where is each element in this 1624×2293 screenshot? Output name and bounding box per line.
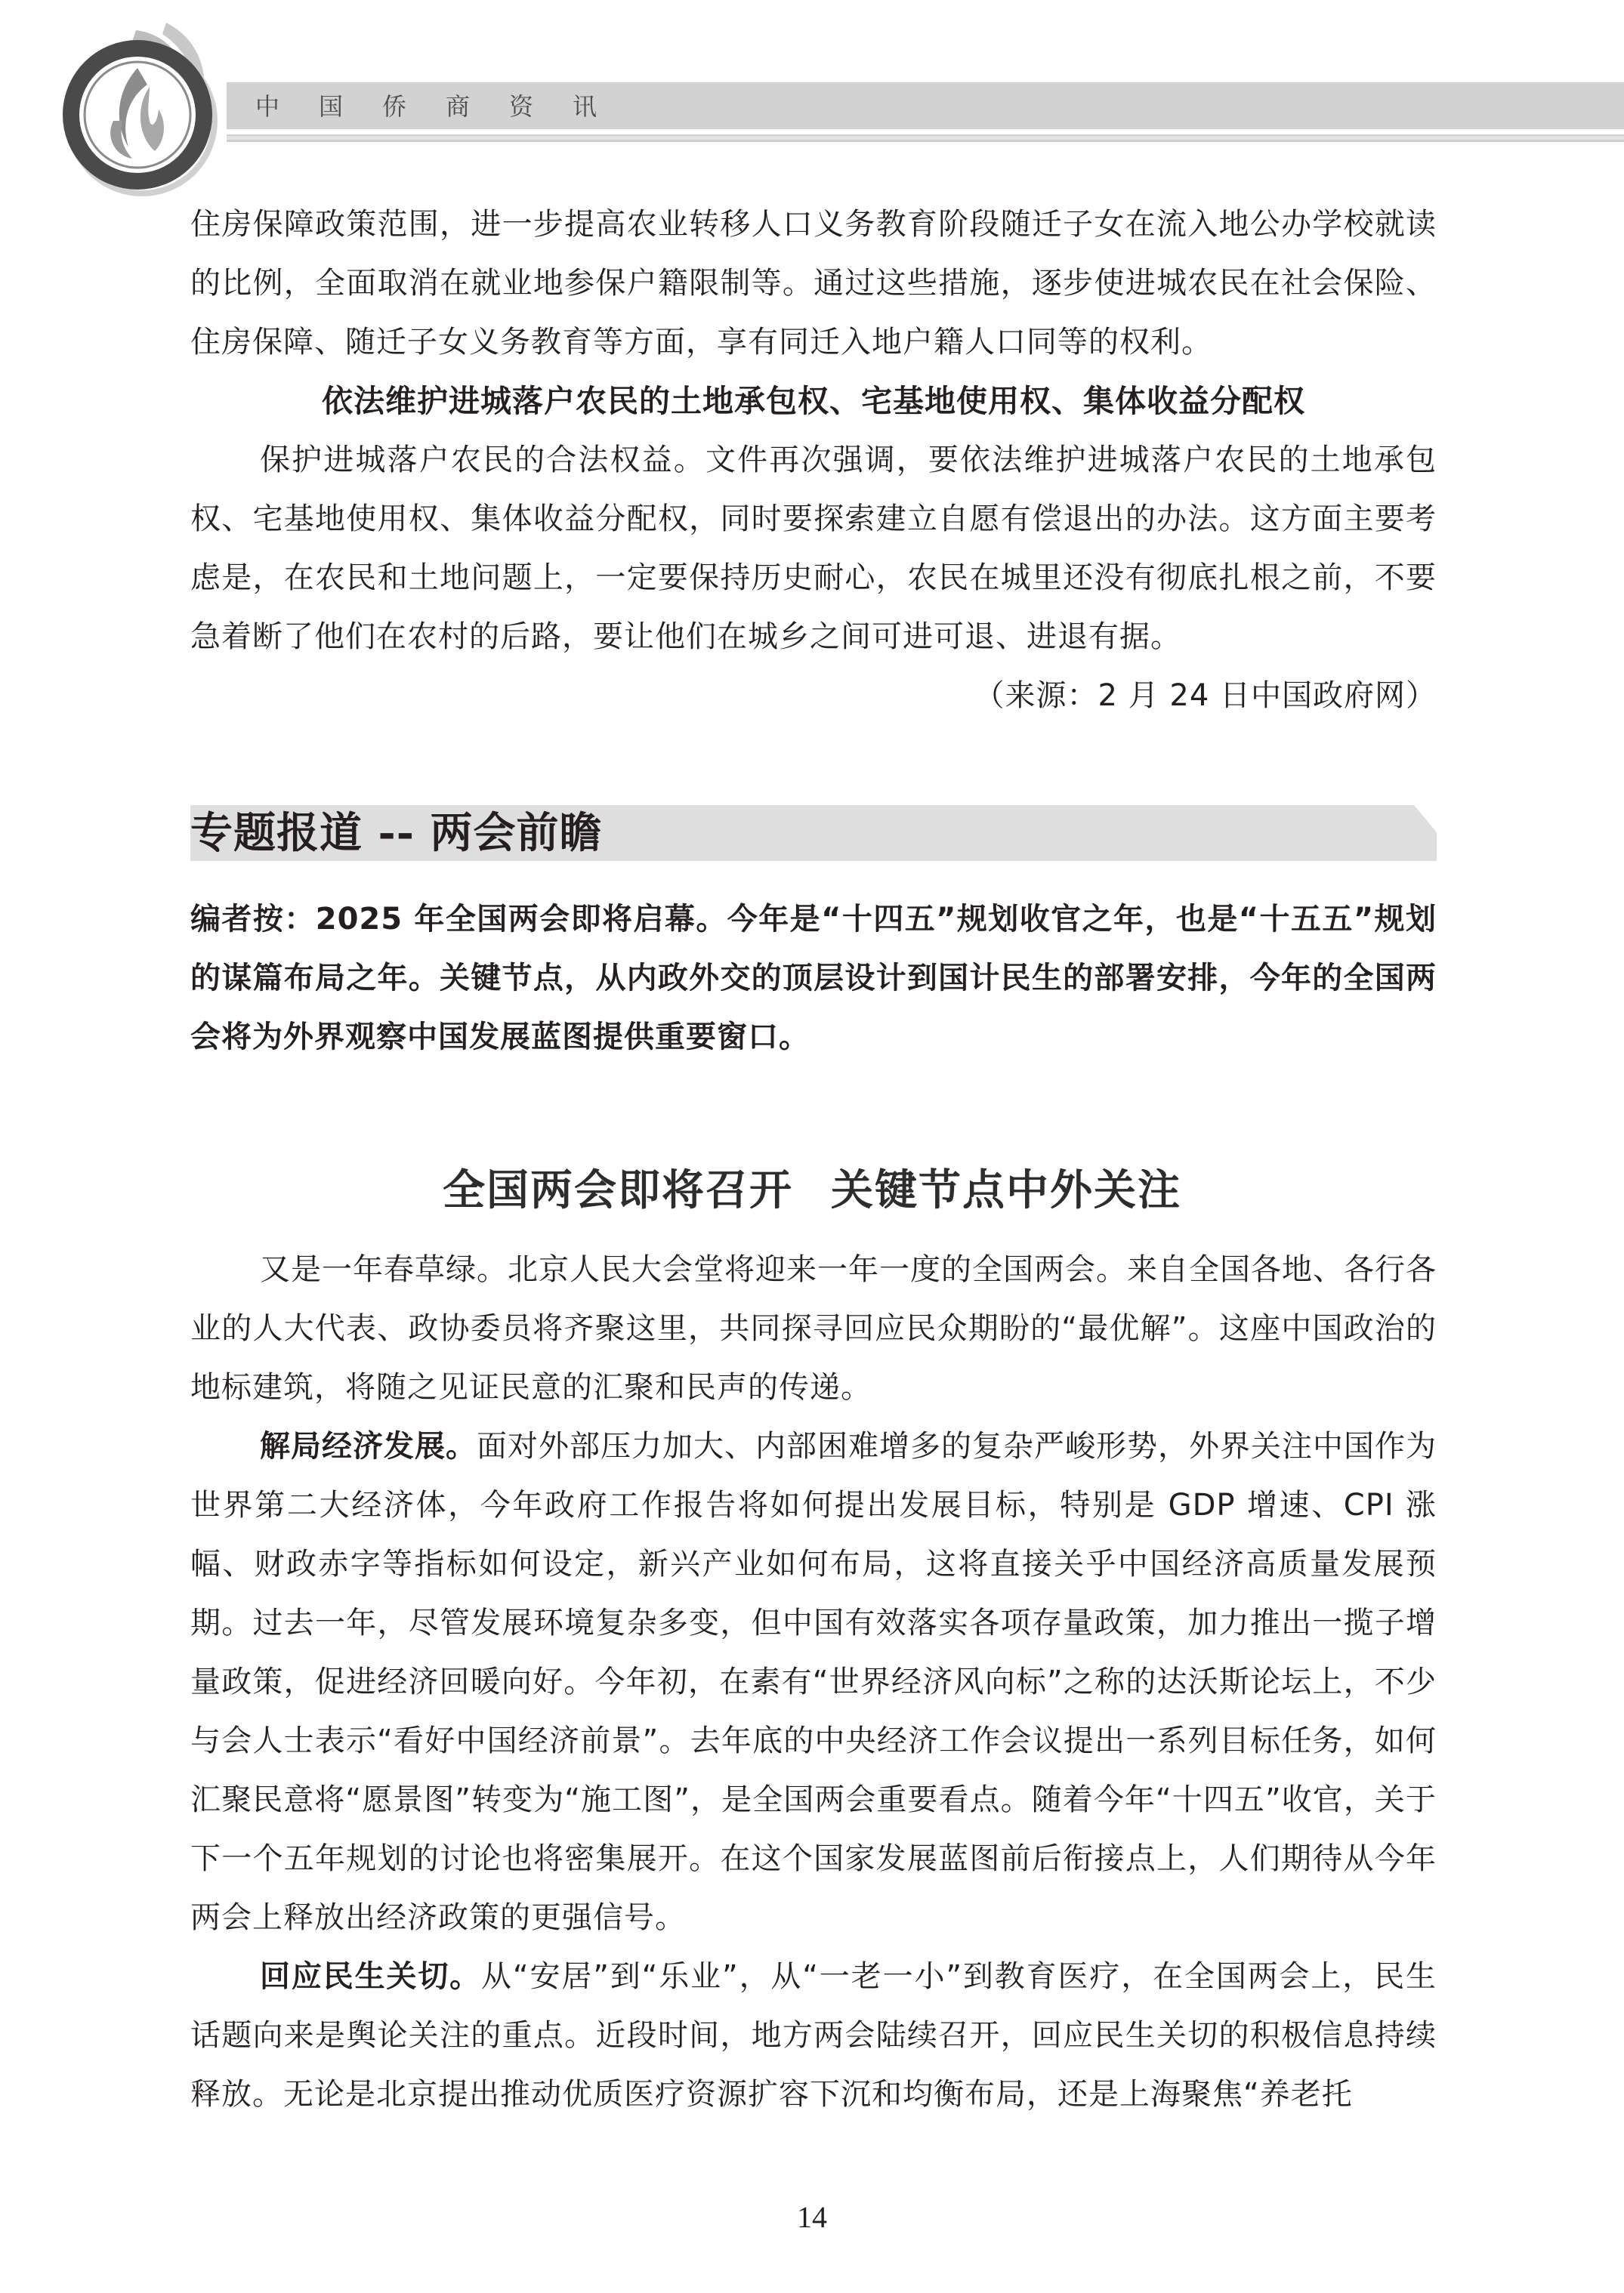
body-paragraph: 又是一年春草绿。北京人民大会堂将迎来一年一度的全国两会。来自全国各地、各行各业的… xyxy=(190,1240,1437,1417)
article-title-part2: 关键节点中外关注 xyxy=(831,1166,1181,1215)
section-banner-title: 专题报道 -- 两会前瞻 xyxy=(190,804,602,863)
header-divider xyxy=(227,134,1624,142)
source-citation: （来源：2 月 24 日中国政府网） xyxy=(190,666,1437,725)
paragraph-lead: 回应民生关切。 xyxy=(260,1959,481,1994)
body-paragraph: 住房保障政策范围，进一步提高农业转移人口义务教育阶段随迁子女在流入地公办学校就读… xyxy=(190,195,1437,372)
body-paragraph: 回应民生关切。从“安居”到“乐业”，从“一老一小”到教育医疗，在全国两会上，民生… xyxy=(190,1947,1437,2124)
publication-title: 中国侨商资讯 xyxy=(255,88,636,122)
article-title: 全国两会即将召开关键节点中外关注 xyxy=(0,1157,1624,1217)
organization-logo-icon xyxy=(53,15,242,204)
paragraph-text: 面对外部压力加大、内部困难增多的复杂严峻形势，外界关注中国作为世界第二大经济体，… xyxy=(190,1429,1437,1935)
article-body: 又是一年春草绿。北京人民大会堂将迎来一年一度的全国两会。来自全国各地、各行各业的… xyxy=(190,1240,1437,2124)
article-title-part1: 全国两会即将召开 xyxy=(443,1166,793,1215)
editor-note: 编者按：2025 年全国两会即将启幕。今年是“十四五”规划收官之年，也是“十五五… xyxy=(190,890,1437,1066)
body-paragraph: 保护进城落户农民的合法权益。文件再次强调，要依法维护进城落户农民的土地承包权、宅… xyxy=(190,431,1437,666)
previous-article: 住房保障政策范围，进一步提高农业转移人口义务教育阶段随迁子女在流入地公办学校就读… xyxy=(190,195,1437,725)
page-number: 14 xyxy=(0,2199,1624,2235)
editor-note-block: 编者按：2025 年全国两会即将启幕。今年是“十四五”规划收官之年，也是“十五五… xyxy=(190,890,1437,1066)
paragraph-lead: 解局经济发展。 xyxy=(260,1429,477,1464)
body-paragraph: 解局经济发展。面对外部压力加大、内部困难增多的复杂严峻形势，外界关注中国作为世界… xyxy=(190,1417,1437,1947)
subheading: 依法维护进城落户农民的土地承包权、宅基地使用权、集体收益分配权 xyxy=(190,372,1437,431)
